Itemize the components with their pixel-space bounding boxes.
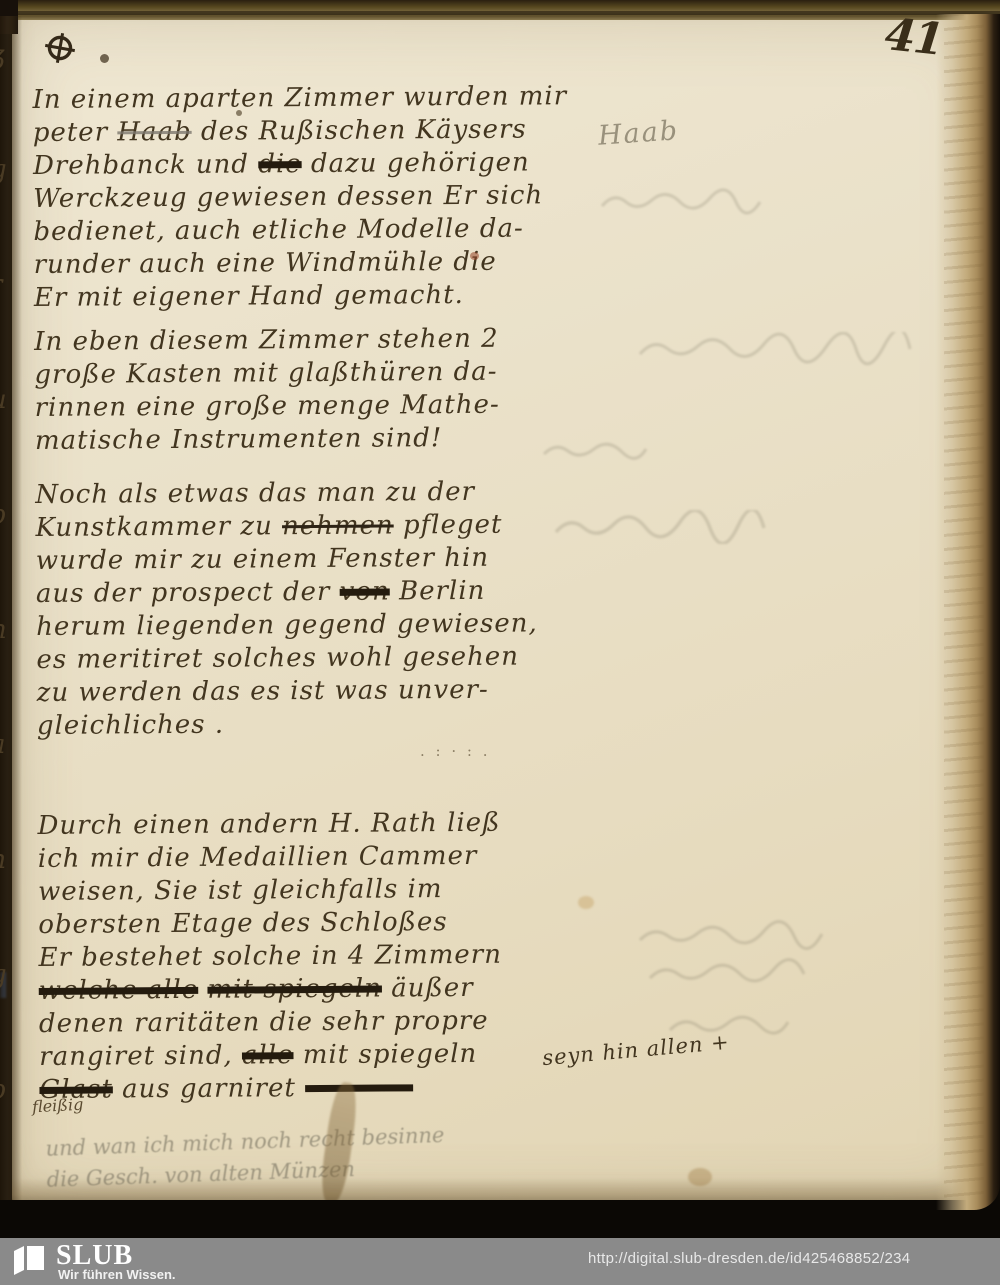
struck-text: mit spiegeln bbox=[207, 974, 382, 1005]
manuscript-text: herum liegenden gegend gewiesen, bbox=[36, 608, 538, 642]
manuscript-text: Drehbanck und bbox=[33, 149, 258, 181]
manuscript-line: matische Instrumenten sind! bbox=[35, 421, 595, 458]
struck-text: Haab bbox=[117, 117, 192, 148]
manuscript-text: peter bbox=[33, 117, 118, 148]
manuscript-text: obersten Etage des Schloßes bbox=[38, 907, 448, 940]
letter-fragment: b bbox=[0, 1075, 9, 1105]
manuscript-text: zu werden das es ist was unver- bbox=[37, 675, 489, 708]
struck-text: alle bbox=[242, 1040, 294, 1070]
manuscript-text: große Kasten mit glaßthüren da- bbox=[34, 357, 497, 390]
struck-text: welche alle bbox=[39, 975, 199, 1006]
struck-text: nehmen bbox=[282, 510, 394, 541]
manuscript-text: bedienet, auch etliche Modelle da- bbox=[33, 214, 523, 247]
ink-stain bbox=[236, 110, 242, 116]
manuscript-line: weisen, Sie ist gleichfalls im bbox=[38, 872, 598, 909]
manuscript-line: peter Haab des Rußischen Käysers bbox=[33, 113, 593, 150]
manuscript-text: rinnen eine große menge Mathe- bbox=[35, 390, 500, 423]
manuscript-line: wurde mir zu einem Fenster hin bbox=[36, 541, 596, 578]
ink-dots-mark: . : · : . bbox=[420, 742, 490, 760]
bleedthrough-mark bbox=[540, 438, 650, 464]
manuscript-photo: 41 In einem aparten Zimmer wurden mirpet… bbox=[0, 0, 1000, 1238]
manuscript-line: rangiret sind, alle mit spiegeln bbox=[39, 1037, 599, 1074]
manuscript-line: runder auch eine Windmühle die bbox=[34, 245, 594, 282]
manuscript-text: In eben diesem Zimmer stehen 2 bbox=[34, 324, 499, 357]
manuscript-line: Durch einen andern H. Rath ließ bbox=[38, 806, 598, 843]
slub-tagline: Wir führen Wissen. bbox=[58, 1267, 176, 1282]
manuscript-line: obersten Etage des Schloßes bbox=[38, 905, 598, 942]
letter-fragment: a bbox=[0, 730, 8, 760]
manuscript-line: ich mir die Medaillien Cammer bbox=[38, 839, 598, 876]
open-book-icon bbox=[13, 1244, 47, 1276]
manuscript-text: des Rußischen Käysers bbox=[192, 115, 527, 147]
manuscript-text: wurde mir zu einem Fenster hin bbox=[36, 543, 489, 576]
letter-fragment: u bbox=[0, 385, 9, 415]
ink-stain bbox=[100, 54, 109, 63]
book-top-edge bbox=[0, 0, 1000, 20]
page-number: 41 bbox=[882, 9, 944, 66]
bleedthrough-mark bbox=[552, 510, 792, 544]
manuscript-text: aus der prospect der bbox=[36, 577, 340, 609]
bleedthrough-mark bbox=[598, 186, 768, 216]
paragraph: Noch als etwas das man zu derKunstkammer… bbox=[35, 475, 597, 743]
digitized-manuscript-viewer: 41 In einem aparten Zimmer wurden mirpet… bbox=[0, 0, 1000, 1285]
manuscript-line: In einem aparten Zimmer wurden mir bbox=[32, 80, 592, 117]
manuscript-text: dazu gehörigen bbox=[302, 147, 530, 179]
letter-fragment: n bbox=[0, 615, 9, 645]
manuscript-text: Berlin bbox=[390, 576, 486, 607]
letter-fragment: h bbox=[0, 845, 9, 875]
manuscript-line: bedienet, auch etliche Modelle da- bbox=[33, 212, 593, 249]
manuscript-text: denen raritäten die sehr propre bbox=[39, 1006, 489, 1039]
binding-corner-shadow bbox=[0, 0, 18, 34]
manuscript-text: matische Instrumenten sind! bbox=[35, 423, 443, 456]
manuscript-line: welche alle mit spiegeln äußer bbox=[39, 971, 599, 1008]
photo-background bbox=[0, 1200, 1000, 1238]
manuscript-line: Werckzeug gewiesen dessen Er sich bbox=[33, 179, 593, 216]
paragraph: In eben diesem Zimmer stehen 2große Kast… bbox=[34, 322, 595, 458]
manuscript-text: pfleget bbox=[394, 510, 503, 541]
crossed-circle-mark-icon bbox=[39, 27, 81, 69]
letter-fragment: g bbox=[0, 960, 9, 990]
manuscript-text: mit spiegeln bbox=[293, 1039, 477, 1070]
manuscript-line: Er bestehet solche in 4 Zimmern bbox=[38, 938, 598, 975]
manuscript-text: äußer bbox=[382, 973, 474, 1004]
manuscript-text: In einem aparten Zimmer wurden mir bbox=[32, 81, 567, 115]
paper-stain bbox=[688, 1168, 712, 1186]
struck-text: die bbox=[258, 149, 302, 179]
ink-stain bbox=[470, 252, 479, 260]
manuscript-text: Er mit eigener Hand gemacht. bbox=[34, 280, 464, 313]
manuscript-line: herum liegenden gegend gewiesen, bbox=[36, 607, 596, 644]
manuscript-line: Drehbanck und die dazu gehörigen bbox=[33, 146, 593, 183]
margin-note-pencil: Haab bbox=[597, 115, 680, 152]
paper-stain bbox=[578, 896, 594, 909]
manuscript-text: es meritiret solches wohl gesehen bbox=[36, 642, 519, 675]
manuscript-line: aus der prospect der von Berlin bbox=[36, 574, 596, 611]
manuscript-text: ich mir die Medaillien Cammer bbox=[38, 841, 478, 874]
manuscript-text: Er bestehet solche in 4 Zimmern bbox=[38, 940, 502, 973]
manuscript-line: Kunstkammer zu nehmen pfleget bbox=[35, 508, 595, 545]
manuscript-text: rangiret sind, bbox=[39, 1041, 242, 1072]
bleedthrough-mark bbox=[636, 332, 926, 366]
manuscript-text-column: In einem aparten Zimmer wurden mirpeter … bbox=[32, 80, 599, 1107]
interlinear-annotation-small: fleißig bbox=[32, 1095, 84, 1117]
letter-fragment: g bbox=[0, 155, 9, 185]
document-url: http://digital.slub-dresden.de/id4254688… bbox=[588, 1250, 910, 1267]
manuscript-text: runder auch eine Windmühle die bbox=[34, 247, 497, 280]
manuscript-text: Durch einen andern H. Rath ließ bbox=[38, 808, 501, 841]
manuscript-line: es meritiret solches wohl gesehen bbox=[36, 640, 596, 677]
manuscript-line: Glast aus garniret ———— bbox=[39, 1070, 599, 1107]
manuscript-line: Er mit eigener Hand gemacht. bbox=[34, 278, 594, 315]
manuscript-text bbox=[198, 975, 207, 1005]
manuscript-text: weisen, Sie ist gleichfalls im bbox=[38, 874, 443, 907]
facing-page-letter-fragments: ʒgrubnahgb bbox=[0, 40, 13, 1190]
letter-fragment: r bbox=[0, 270, 4, 300]
manuscript-text: aus garniret bbox=[113, 1073, 305, 1104]
manuscript-text: Werckzeug gewiesen dessen Er sich bbox=[33, 180, 543, 214]
paragraph: Durch einen andern H. Rath ließich mir d… bbox=[38, 806, 600, 1107]
manuscript-line: rinnen eine große menge Mathe- bbox=[35, 388, 595, 425]
paragraph: In einem aparten Zimmer wurden mirpeter … bbox=[32, 80, 594, 315]
manuscript-line: In eben diesem Zimmer stehen 2 bbox=[34, 322, 594, 359]
manuscript-text: Noch als etwas das man zu der bbox=[35, 477, 475, 510]
letter-fragment: b bbox=[0, 500, 9, 530]
manuscript-line: denen raritäten die sehr propre bbox=[39, 1004, 599, 1041]
manuscript-text: Kunstkammer zu bbox=[35, 511, 282, 543]
manuscript-line: Noch als etwas das man zu der bbox=[35, 475, 595, 512]
struck-text: von bbox=[340, 576, 390, 606]
bleedthrough-mark bbox=[636, 918, 916, 1048]
manuscript-text: gleichliches . bbox=[37, 710, 224, 741]
manuscript-line: gleichliches . bbox=[37, 706, 597, 743]
manuscript-line: zu werden das es ist was unver- bbox=[37, 673, 597, 710]
struck-text: ———— bbox=[305, 1072, 413, 1103]
letter-fragment: ʒ bbox=[0, 40, 7, 70]
manuscript-line: große Kasten mit glaßthüren da- bbox=[34, 355, 594, 392]
